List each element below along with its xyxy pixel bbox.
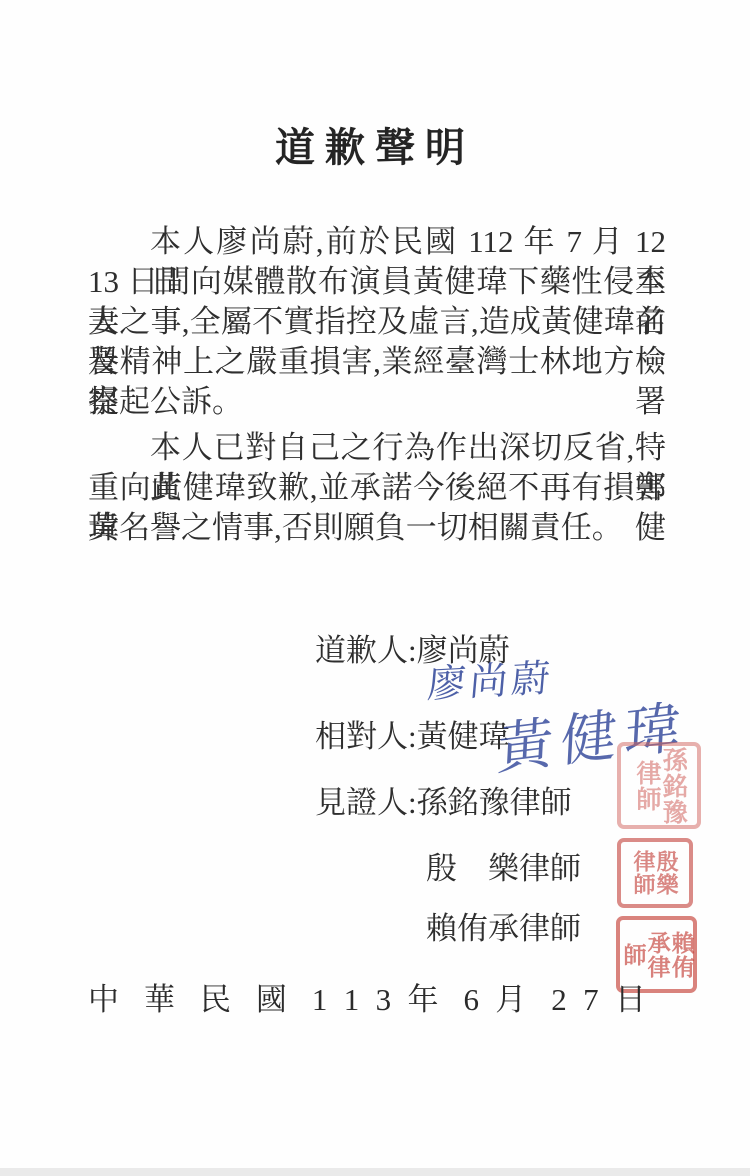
witness2-name: 殷 樂律師 xyxy=(426,852,581,886)
body-line: 妻之事,全屬不實指控及虛言,造成黃健瑋名譽 xyxy=(88,302,666,342)
body-line: 本人廖尚蔚,前於民國 112 年 7 月 12 日至 xyxy=(88,222,666,262)
body-line: 瑋名譽之情事,否則願負一切相關責任。 xyxy=(88,508,666,548)
apologizer-handwritten-signature: 廖尚蔚 xyxy=(426,647,557,709)
body-line: 重向黃健瑋致歉,並承諾今後絕不再有損害黃健 xyxy=(88,468,666,508)
counterparty-line: 相對人:黃健瑋 xyxy=(315,720,510,754)
date-line: 中 華 民 國 1 1 3 年 6 月 2 7 日 xyxy=(88,982,646,1018)
document-title: 道歉聲明 xyxy=(0,116,750,173)
photo-bottom-edge xyxy=(0,1168,750,1176)
paragraph-2: 本人已對自己之行為作出深切反省,特此鄭 重向黃健瑋致歉,並承諾今後絕不再有損害黃… xyxy=(88,428,666,548)
red-seal-stamp-witness1: 孫銘豫律師 xyxy=(617,742,701,829)
witness3-name: 賴侑承律師 xyxy=(426,912,581,946)
apology-statement-document: 道歉聲明 本人廖尚蔚,前於民國 112 年 7 月 12 日至 13 日間向媒體… xyxy=(0,0,750,1176)
body-line: 13 日間向媒體散布演員黃健瑋下藥性侵本人前 xyxy=(88,262,666,302)
red-seal-stamp-witness2: 殷樂律師 xyxy=(617,838,693,908)
witness1-line: 見證人:孫銘豫律師 xyxy=(315,786,572,820)
body-line: 及精神上之嚴重損害,業經臺灣士林地方檢察署 xyxy=(88,342,666,382)
body-line: 本人已對自己之行為作出深切反省,特此鄭 xyxy=(88,428,666,468)
paragraph-1: 本人廖尚蔚,前於民國 112 年 7 月 12 日至 13 日間向媒體散布演員黃… xyxy=(88,222,666,422)
